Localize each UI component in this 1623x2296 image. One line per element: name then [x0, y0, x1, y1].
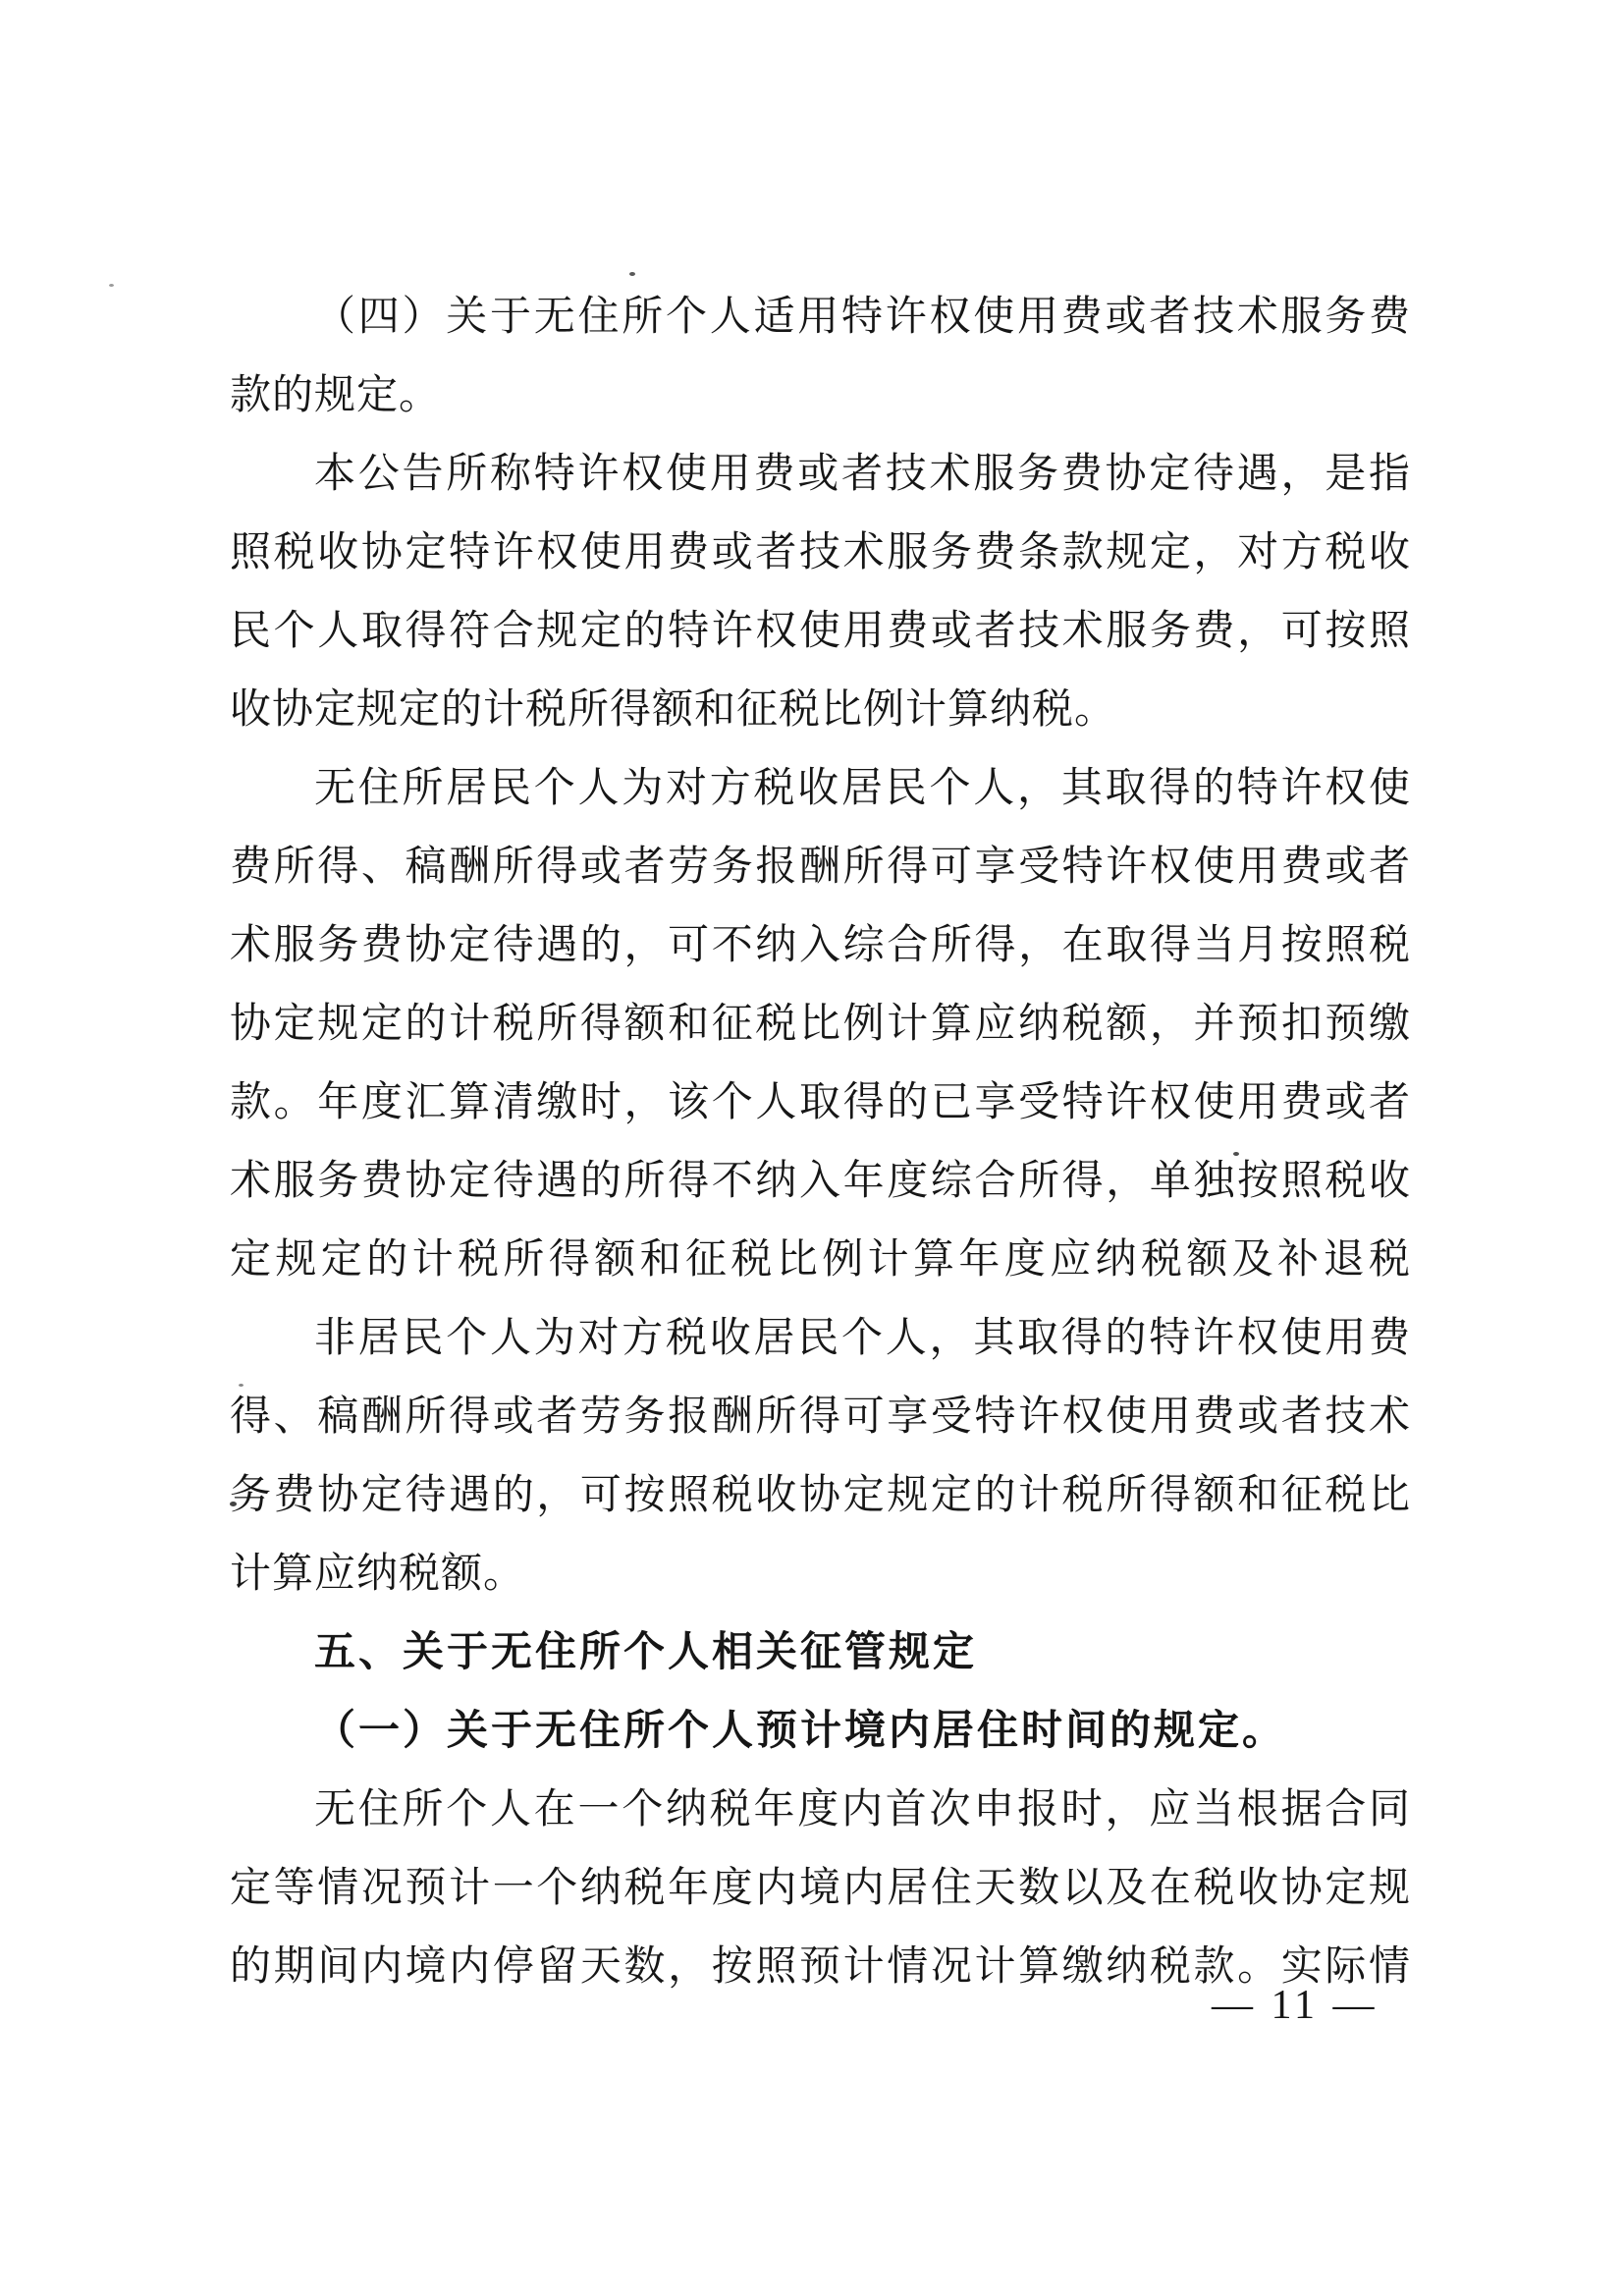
text-line: 定规定的计税所得额和征税比例计算年度应纳税额及补退税额。	[230, 1221, 1411, 1299]
scan-speck	[109, 284, 114, 287]
scan-speck	[629, 272, 635, 276]
body-text: （四）关于无住所个人适用特许权使用费或者技术服务费条款的规定。本公告所称特许权使…	[230, 278, 1411, 2006]
text-line: 收协定规定的计税所得额和征税比例计算纳税。	[230, 671, 1411, 749]
text-line: 务费协定待遇的，可按照税收协定规定的计税所得额和征税比例	[230, 1456, 1411, 1535]
text-line: 本公告所称特许权使用费或者技术服务费协定待遇，是指按	[230, 435, 1411, 514]
text-line: 照税收协定特许权使用费或者技术服务费条款规定，对方税收居	[230, 514, 1411, 592]
scan-speck	[1233, 1152, 1239, 1156]
text-line: 款。年度汇算清缴时，该个人取得的已享受特许权使用费或者技	[230, 1064, 1411, 1142]
text-line: 无住所个人在一个纳税年度内首次申报时，应当根据合同约	[230, 1771, 1411, 1849]
scan-speck	[230, 1502, 237, 1506]
text-line: 定等情况预计一个纳税年度内境内居住天数以及在税收协定规定	[230, 1849, 1411, 1928]
heading-line: 五、关于无住所个人相关征管规定	[230, 1613, 1411, 1692]
page-number: — 11 —	[1212, 1982, 1378, 2029]
text-line: 得、稿酬所得或者劳务报酬所得可享受特许权使用费或者技术服	[230, 1378, 1411, 1456]
text-line: 无住所居民个人为对方税收居民个人，其取得的特许权使用	[230, 749, 1411, 828]
text-line: 非居民个人为对方税收居民个人，其取得的特许权使用费所	[230, 1299, 1411, 1378]
text-line: 计算应纳税额。	[230, 1535, 1411, 1613]
text-line: 术服务费协定待遇的，可不纳入综合所得，在取得当月按照税收	[230, 906, 1411, 985]
scan-speck	[239, 1384, 243, 1387]
text-line: 协定规定的计税所得额和征税比例计算应纳税额，并预扣预缴税	[230, 985, 1411, 1064]
heading-line: （一）关于无住所个人预计境内居住时间的规定。	[230, 1692, 1411, 1771]
document-page: （四）关于无住所个人适用特许权使用费或者技术服务费条款的规定。本公告所称特许权使…	[0, 0, 1623, 2296]
text-line: 民个人取得符合规定的特许权使用费或者技术服务费，可按照税	[230, 592, 1411, 671]
text-line: 款的规定。	[230, 356, 1411, 435]
text-line: （四）关于无住所个人适用特许权使用费或者技术服务费条	[230, 278, 1411, 356]
text-line: 费所得、稿酬所得或者劳务报酬所得可享受特许权使用费或者技	[230, 828, 1411, 906]
